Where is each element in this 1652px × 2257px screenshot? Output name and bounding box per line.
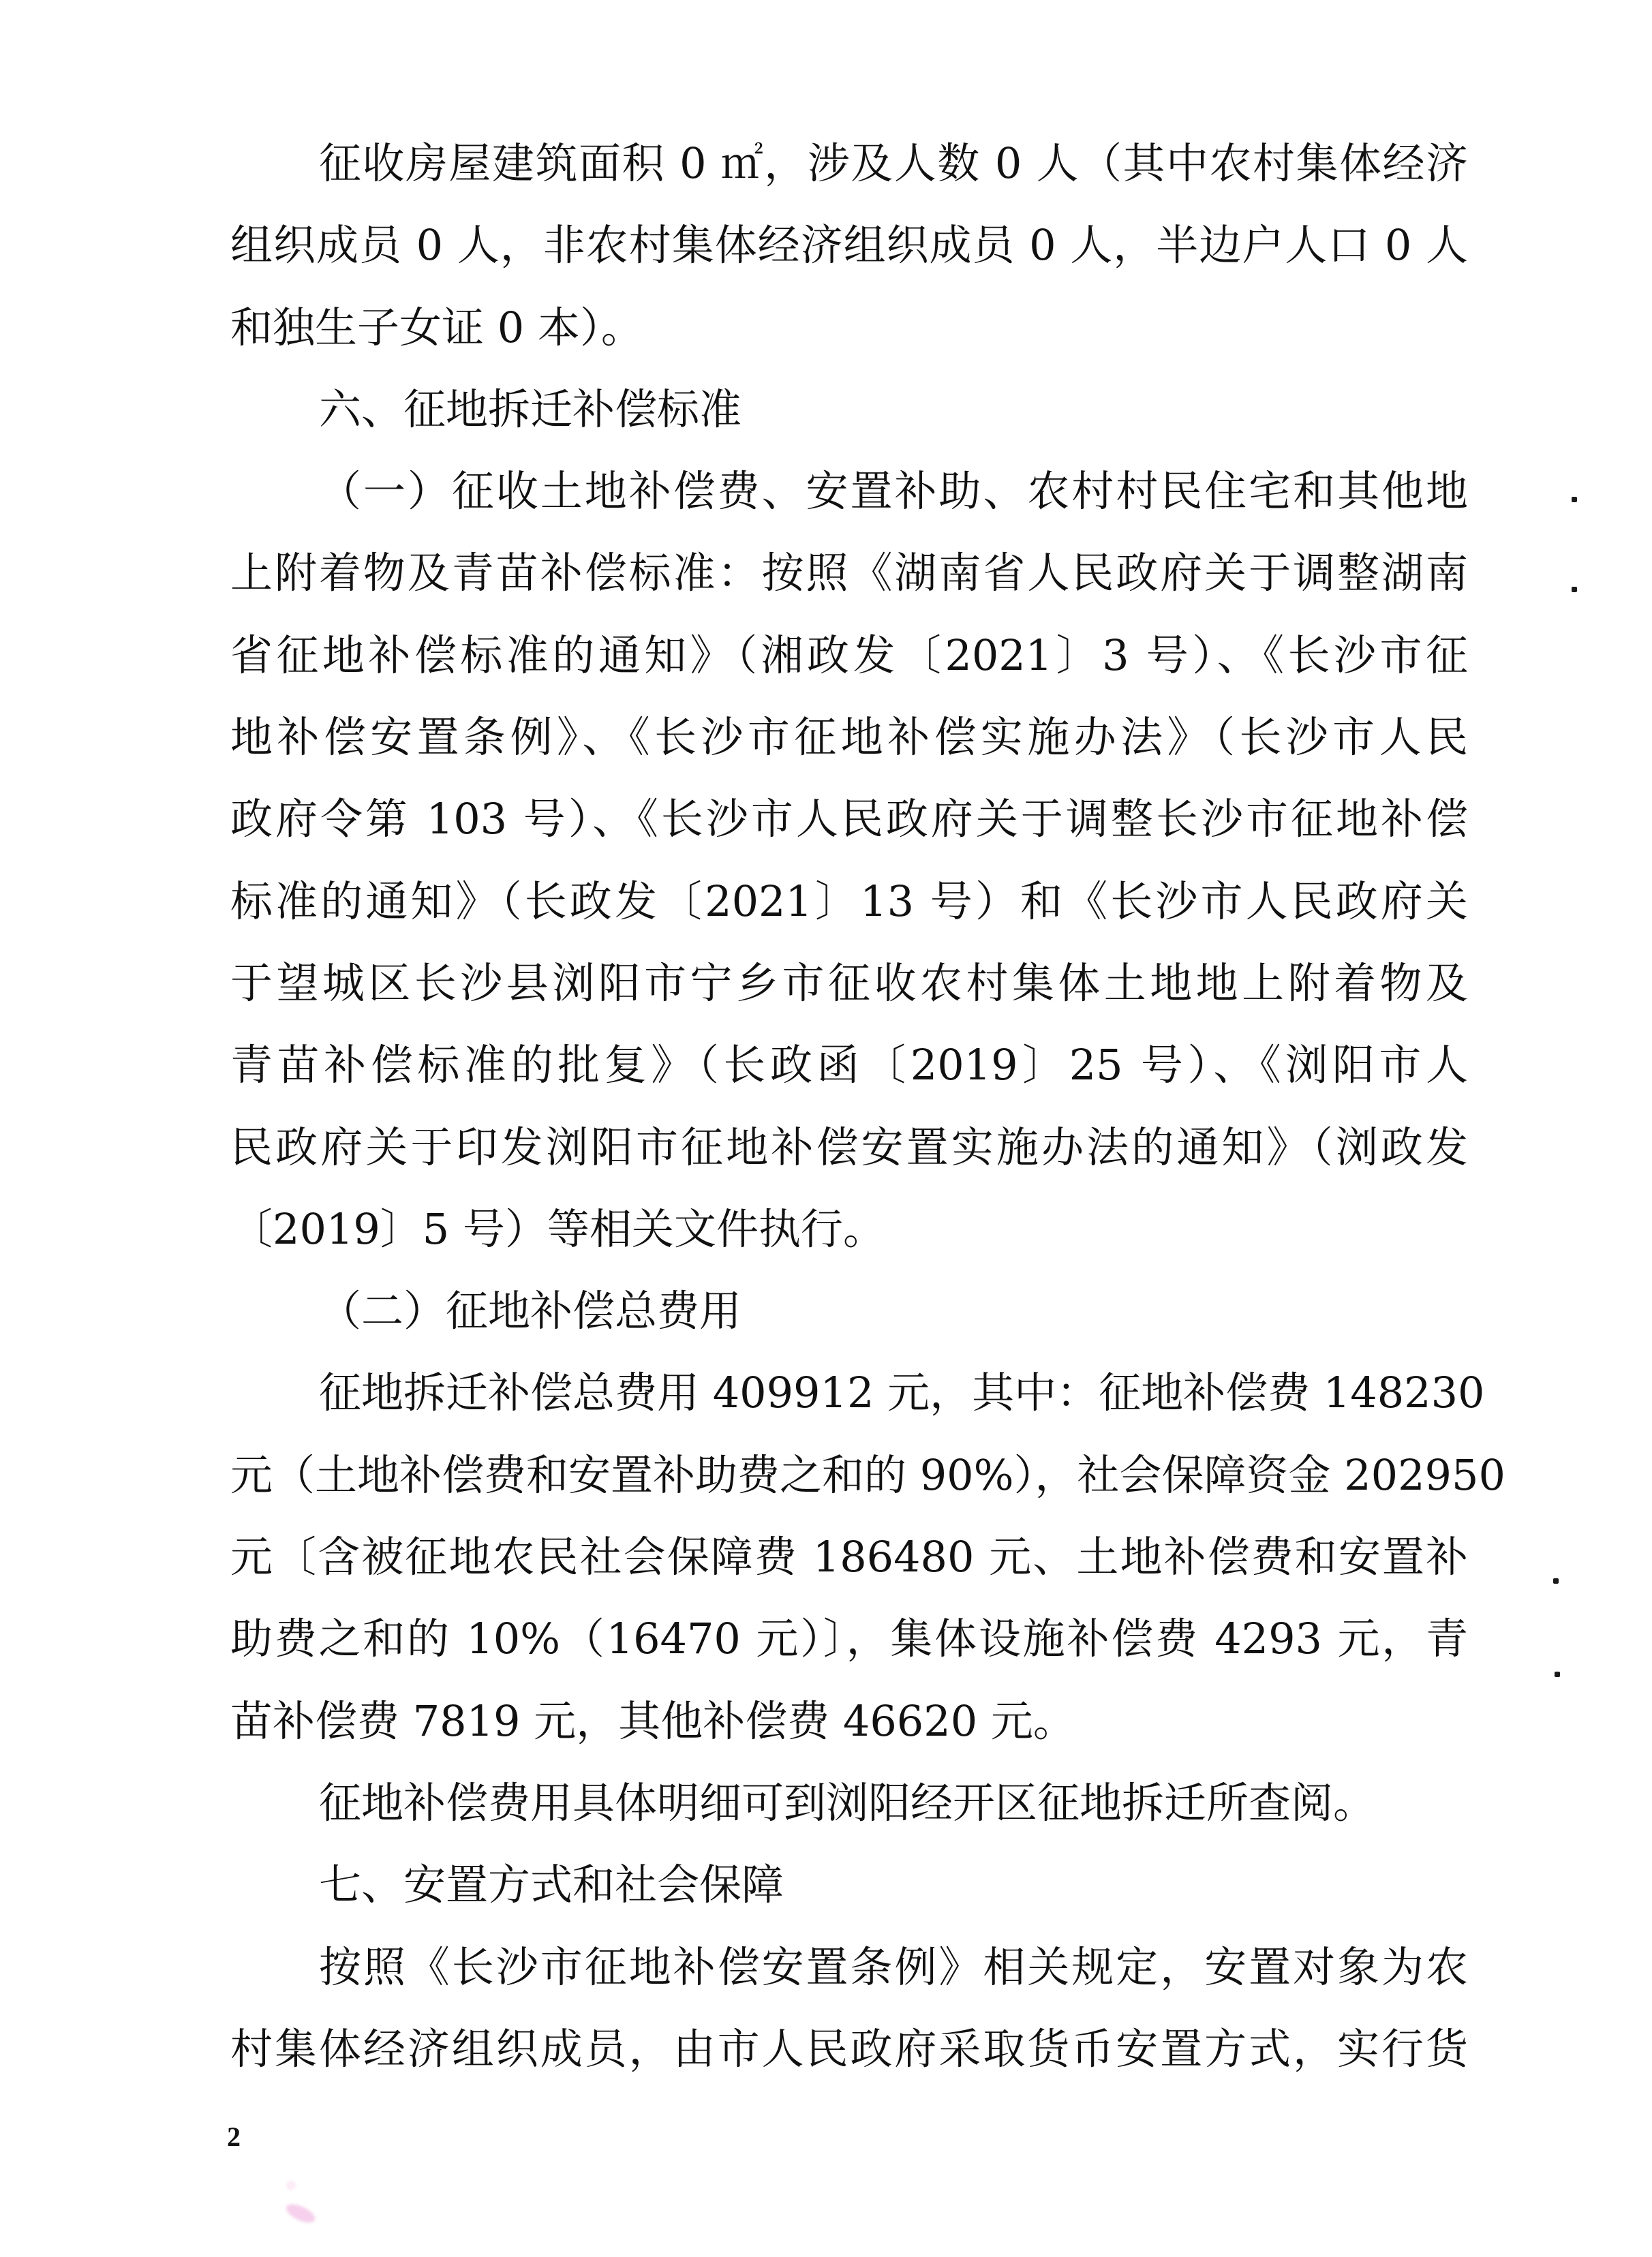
body-line: 于望城区长沙县浏阳市宁乡市征收农村集体土地地上附着物及 <box>230 942 1468 1024</box>
body-text: 征收房屋建筑面积 0 ㎡，涉及人数 0 人（其中农村集体经济 组织成员 0 人，… <box>230 123 1468 2090</box>
body-line: 上附着物及青苗补偿标准：按照《湖南省人民政府关于调整湖南 <box>230 532 1468 614</box>
body-line: 元（土地补偿费和安置补助费之和的 90%），社会保障资金 202950 <box>230 1434 1468 1516</box>
section-heading-7: 七、安置方式和社会保障 <box>230 1844 1468 1926</box>
body-line: 和独生子女证 0 本）。 <box>230 287 1468 369</box>
body-line: 苗补偿费 7819 元，其他补偿费 46620 元。 <box>230 1680 1468 1762</box>
body-line: 助费之和的 10%（16470 元）〕，集体设施补偿费 4293 元，青 <box>230 1598 1468 1680</box>
body-line: 〔2019〕5 号）等相关文件执行。 <box>230 1188 1468 1270</box>
scan-dot-mark <box>1555 1672 1560 1677</box>
body-line: 征收房屋建筑面积 0 ㎡，涉及人数 0 人（其中农村集体经济 <box>230 123 1468 204</box>
scan-dot-mark <box>1553 1578 1559 1584</box>
body-line: 按照《长沙市征地补偿安置条例》相关规定，安置对象为农 <box>230 1926 1468 2008</box>
stamp-residue <box>286 2181 296 2190</box>
body-line: 地补偿安置条例》、《长沙市征地补偿实施办法》（长沙市人民 <box>230 696 1468 778</box>
scan-dot-mark <box>1572 587 1577 592</box>
document-page: 征收房屋建筑面积 0 ㎡，涉及人数 0 人（其中农村集体经济 组织成员 0 人，… <box>0 0 1652 2257</box>
body-line: 省征地补偿标准的通知》（湘政发〔2021〕3 号）、《长沙市征 <box>230 615 1468 696</box>
stamp-residue <box>284 2200 318 2226</box>
scan-dot-mark <box>1572 497 1577 502</box>
body-line: 征地补偿费用具体明细可到浏阳经开区征地拆迁所查阅。 <box>230 1762 1468 1844</box>
body-line: 民政府关于印发浏阳市征地补偿安置实施办法的通知》（浏政发 <box>230 1107 1468 1188</box>
subsection-heading-6-1: （一）征收土地补偿费、安置补助、农村村民住宅和其他地 <box>230 450 1468 532</box>
section-heading-6: 六、征地拆迁补偿标准 <box>230 369 1468 450</box>
body-line: 组织成员 0 人，非农村集体经济组织成员 0 人，半边户人口 0 人 <box>230 204 1468 286</box>
body-line: 元〔含被征地农民社会保障费 186480 元、土地补偿费和安置补 <box>230 1516 1468 1598</box>
body-line: 青苗补偿标准的批复》（长政函〔2019〕25 号）、《浏阳市人 <box>230 1024 1468 1106</box>
body-line: 村集体经济组织成员，由市人民政府采取货币安置方式，实行货 <box>230 2008 1468 2090</box>
body-line: 征地拆迁补偿总费用 409912 元，其中：征地补偿费 148230 <box>230 1352 1468 1434</box>
page-number: 2 <box>227 2121 241 2153</box>
body-line: 标准的通知》（长政发〔2021〕13 号）和《长沙市人民政府关 <box>230 861 1468 942</box>
subsection-heading-6-2: （二）征地补偿总费用 <box>230 1270 1468 1352</box>
body-line: 政府令第 103 号）、《长沙市人民政府关于调整长沙市征地补偿 <box>230 778 1468 860</box>
